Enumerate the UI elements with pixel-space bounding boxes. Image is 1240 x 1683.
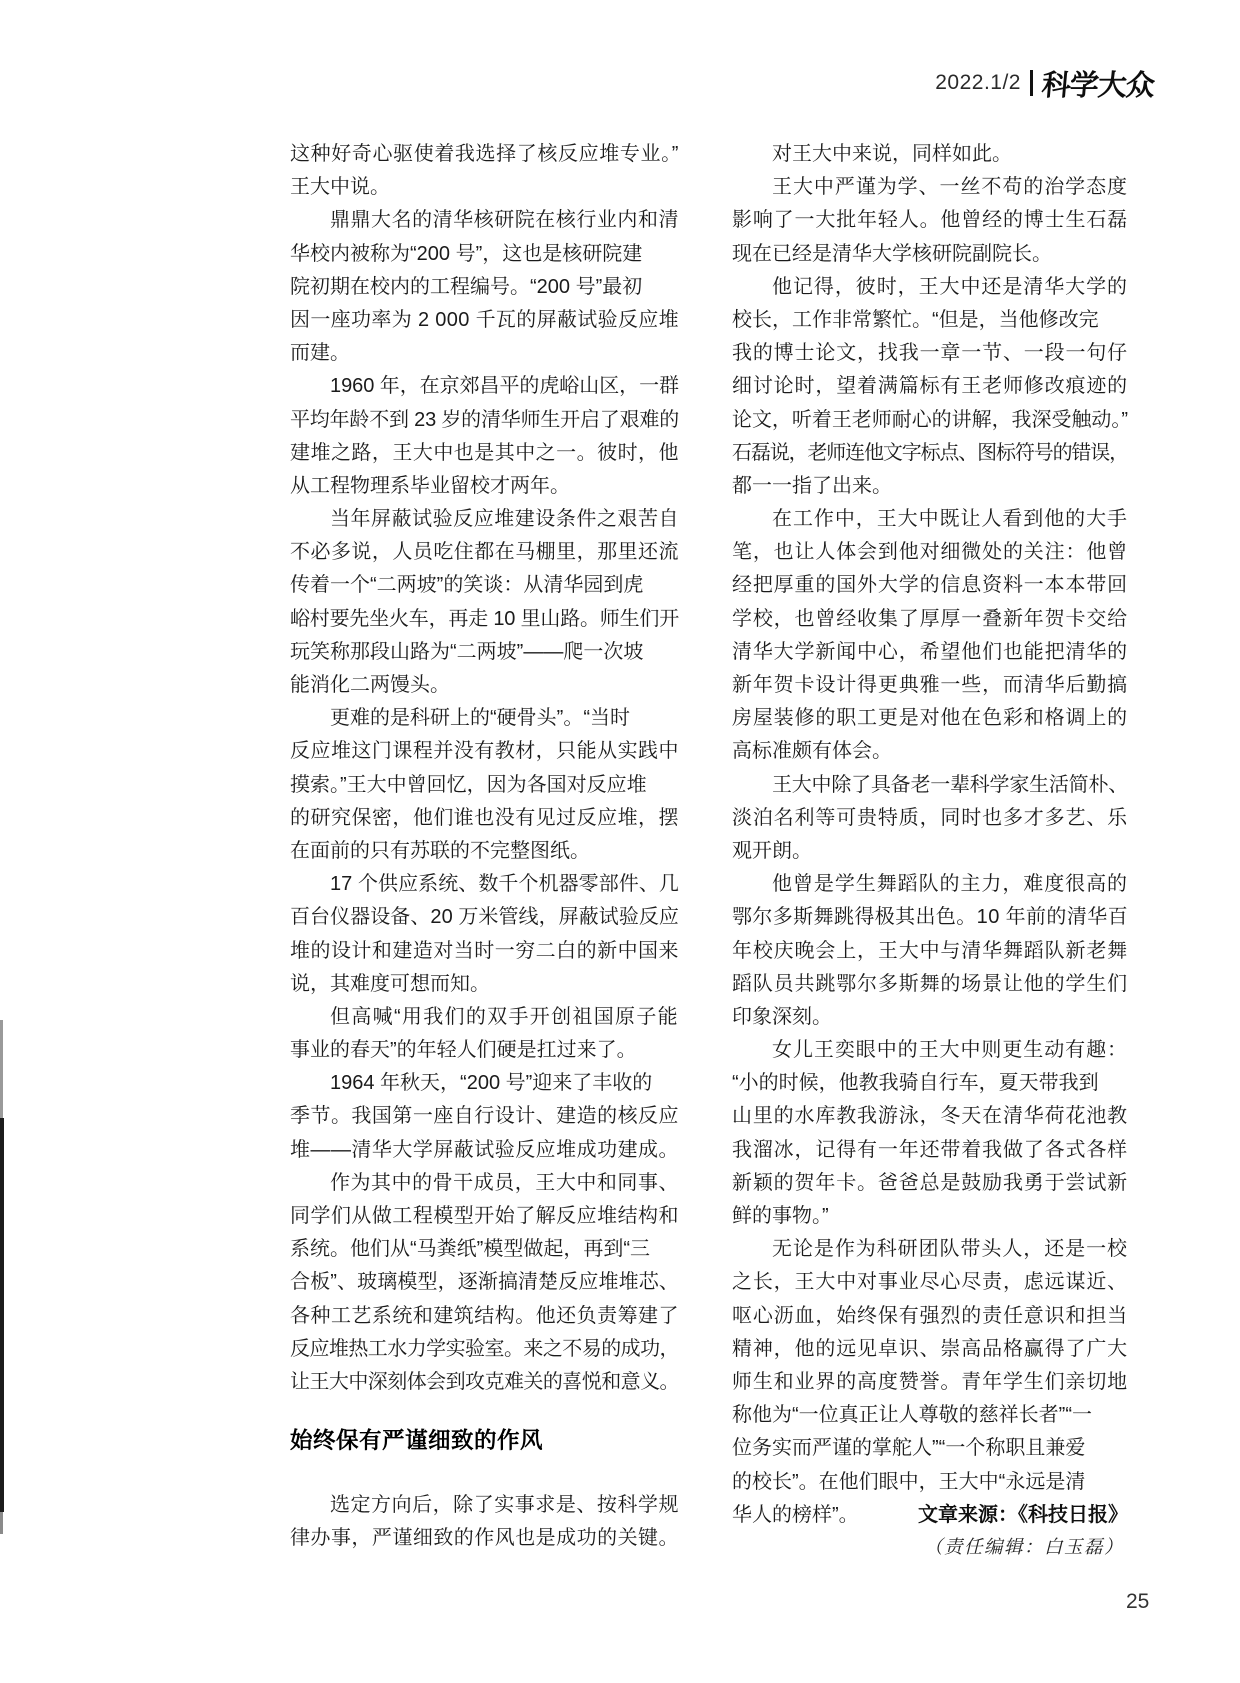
text-line: 房屋装修的职工更是对他在色彩和格调上的 — [732, 702, 1128, 735]
text-run: 玩笑称那段山路为“二两坡”——爬一次坡 — [290, 641, 643, 663]
text-run: 山里的水库教我游泳，冬天在清华荷花池教 — [732, 1105, 1128, 1127]
text-run: 高标准颇有体会。 — [732, 740, 892, 762]
text-line: 呕心沥血，始终保有强烈的责任意识和担当 — [732, 1300, 1128, 1333]
text-run: 王大中严谨为学、一丝不苟的治学态度 — [772, 176, 1128, 198]
text-line: 称他为“一位真正让人尊敬的慈祥长者”“一 — [732, 1399, 1128, 1432]
text-run: 的校长”。在他们眼中，王大中“永远是清 — [732, 1471, 1085, 1493]
text-line: 他曾是学生舞蹈队的主力，难度很高的 — [732, 868, 1128, 901]
text-line: 峪村要先坐火车，再走 10 里山路。师生们开 — [290, 603, 679, 636]
text-run: 经把厚重的国外大学的信息资料一本本带回 — [732, 574, 1128, 596]
text-line: 印象深刻。 — [732, 1001, 1128, 1034]
text-run: 王大中除了具备老一辈科学家生活简朴、 — [772, 774, 1128, 796]
text-run: 鄂尔多斯舞跳得极其出色。10 年前的清华百 — [732, 906, 1128, 928]
text-run: 鲜的事物。” — [732, 1205, 829, 1227]
article-column-left: 这种好奇心驱使着我选择了核反应堆专业。”王大中说。鼎鼎大名的清华核研院在核行业内… — [290, 138, 679, 1556]
text-run: 季节。我国第一座自行设计、建造的核反应 — [290, 1105, 679, 1127]
text-run: 之长，王大中对事业尽心尽责，虑远谋近、 — [732, 1271, 1128, 1293]
text-line: 同学们从做工程模型开始了解反应堆结构和 — [290, 1200, 679, 1233]
text-run: 说，其难度可想而知。 — [290, 973, 490, 995]
text-run: 蹈队员共跳鄂尔多斯舞的场景让他的学生们 — [732, 973, 1128, 995]
text-line: 说，其难度可想而知。 — [290, 968, 679, 1001]
text-run: 这种好奇心驱使着我选择了核反应堆专业。” — [290, 143, 679, 165]
text-line: 让王大中深刻体会到攻克难关的喜悦和意义。 — [290, 1366, 679, 1399]
scan-edge-mark-tail — [0, 1512, 3, 1534]
text-line: 律办事，严谨细致的作风也是成功的关键。 — [290, 1522, 679, 1555]
text-run: 而建。 — [290, 342, 350, 364]
text-line: 笔，也让人体会到他对细微处的关注：他曾 — [732, 536, 1128, 569]
text-run: 我溜冰，记得有一年还带着我做了各式各样 — [732, 1139, 1128, 1161]
text-line: 无论是作为科研团队带头人，还是一校 — [732, 1233, 1128, 1266]
text-line: 淡泊名利等可贵特质，同时也多才多艺、乐 — [732, 802, 1128, 835]
scan-edge-mark-top — [0, 1020, 3, 1120]
text-run: 在面前的只有苏联的不完整图纸。 — [290, 840, 590, 862]
text-line: 堆——清华大学屏蔽试验反应堆成功建成。 — [290, 1134, 679, 1167]
text-line: 年校庆晚会上，王大中与清华舞蹈队新老舞 — [732, 935, 1128, 968]
text-run: 都一一指了出来。 — [732, 475, 892, 497]
text-line: 合板”、玻璃模型，逐渐搞清楚反应堆堆芯、 — [290, 1266, 679, 1299]
text-run: 淡泊名利等可贵特质，同时也多才多艺、乐 — [732, 807, 1128, 829]
text-run: 房屋装修的职工更是对他在色彩和格调上的 — [732, 707, 1128, 729]
text-run: 校长，工作非常繁忙。“但是，当他修改完 — [732, 309, 1099, 331]
text-run: 华校内被称为“200 号”，这也是核研院建 — [290, 243, 642, 265]
text-run: 反应堆热工水力学实验室。来之不易的成功， — [290, 1338, 679, 1360]
text-run: 清华大学新闻中心，希望他们也能把清华的 — [732, 641, 1128, 663]
text-run: 摸索。”王大中曾回忆，因为各国对反应堆 — [290, 774, 647, 796]
text-run: 他记得，彼时，王大中还是清华大学的 — [772, 276, 1128, 298]
text-line: 系统。他们从“马粪纸”模型做起，再到“三 — [290, 1233, 679, 1266]
text-run: 观开朗。 — [732, 840, 812, 862]
text-line: 1964 年秋天，“200 号”迎来了丰收的 — [290, 1067, 679, 1100]
text-line: 反应堆热工水力学实验室。来之不易的成功， — [290, 1333, 679, 1366]
text-run: 平均年龄不到 23 岁的清华师生开启了艰难的 — [290, 409, 679, 431]
issue-date: 2022.1/2 — [935, 71, 1021, 95]
text-line: 能消化二两馒头。 — [290, 669, 679, 702]
text-run: 他曾是学生舞蹈队的主力，难度很高的 — [772, 873, 1128, 895]
text-line: 而建。 — [290, 337, 679, 370]
text-run: 各种工艺系统和建筑结构。他还负责筹建了 — [290, 1305, 679, 1327]
text-run: 我的博士论文，找我一章一节、一段一句仔 — [732, 342, 1128, 364]
page-number: 25 — [1126, 1590, 1149, 1614]
text-run: 峪村要先坐火车，再走 10 里山路。师生们开 — [290, 608, 679, 630]
text-run: 华人的榜样”。 — [732, 1499, 859, 1532]
text-line: 蹈队员共跳鄂尔多斯舞的场景让他的学生们 — [732, 968, 1128, 1001]
text-line: 影响了一大批年轻人。他曾经的博士生石磊 — [732, 204, 1128, 237]
text-run: 细讨论时，望着满篇标有王老师修改痕迹的 — [732, 375, 1128, 397]
magazine-logo: 科学大众 — [1040, 63, 1156, 104]
text-line: 事业的春天”的年轻人们硬是扛过来了。 — [290, 1034, 679, 1067]
text-line: 学校，也曾经收集了厚厚一叠新年贺卡交给 — [732, 603, 1128, 636]
text-line: 平均年龄不到 23 岁的清华师生开启了艰难的 — [290, 404, 679, 437]
text-line: 校长，工作非常繁忙。“但是，当他修改完 — [732, 304, 1128, 337]
text-line: 建堆之路，王大中也是其中之一。彼时，他 — [290, 437, 679, 470]
text-run: 但高喊“用我们的双手开创祖国原子能 — [330, 1006, 679, 1028]
text-run: 选定方向后，除了实事求是、按科学规 — [330, 1494, 679, 1516]
text-run: 王大中说。 — [290, 176, 390, 198]
text-run: 鼎鼎大名的清华核研院在核行业内和清 — [330, 209, 679, 231]
source-credit: 文章来源：《科技日报》 — [918, 1499, 1128, 1532]
text-line: 鄂尔多斯舞跳得极其出色。10 年前的清华百 — [732, 901, 1128, 934]
text-line: 的研究保密，他们谁也没有见过反应堆，摆 — [290, 802, 679, 835]
text-line: 华校内被称为“200 号”，这也是核研院建 — [290, 238, 679, 271]
text-run: （责任编辑：白玉磊） — [924, 1538, 1124, 1558]
text-line: 石磊说，老师连他文字标点、图标符号的错误， — [732, 437, 1128, 470]
text-line: 因一座功率为 2 000 千瓦的屏蔽试验反应堆 — [290, 304, 679, 337]
text-line: 但高喊“用我们的双手开创祖国原子能 — [290, 1001, 679, 1034]
text-run: 院初期在校内的工程编号。“200 号”最初 — [290, 276, 642, 298]
text-line: 论文，听着王老师耐心的讲解，我深受触动。” — [732, 404, 1128, 437]
text-line: 百台仪器设备、20 万米管线，屏蔽试验反应 — [290, 901, 679, 934]
text-line: 对王大中来说，同样如此。 — [732, 138, 1128, 171]
text-run: 印象深刻。 — [732, 1006, 832, 1028]
text-line: 女儿王奕眼中的王大中则更生动有趣： — [732, 1034, 1128, 1067]
text-run: 当年屏蔽试验反应堆建设条件之艰苦自 — [330, 508, 679, 530]
text-line: 我的博士论文，找我一章一节、一段一句仔 — [732, 337, 1128, 370]
text-run: 系统。他们从“马粪纸”模型做起，再到“三 — [290, 1238, 650, 1260]
text-line: 院初期在校内的工程编号。“200 号”最初 — [290, 271, 679, 304]
text-line: 在工作中，王大中既让人看到他的大手 — [732, 503, 1128, 536]
text-line: 现在已经是清华大学核研院副院长。 — [732, 238, 1128, 271]
text-line: 王大中说。 — [290, 171, 679, 204]
text-line: 新颖的贺年卡。爸爸总是鼓励我勇于尝试新 — [732, 1167, 1128, 1200]
text-line: 这种好奇心驱使着我选择了核反应堆专业。” — [290, 138, 679, 171]
text-run: 在工作中，王大中既让人看到他的大手 — [772, 508, 1128, 530]
text-run: 能消化二两馒头。 — [290, 674, 450, 696]
text-line: 山里的水库教我游泳，冬天在清华荷花池教 — [732, 1100, 1128, 1133]
magazine-header: 2022.1/2 科学大众 — [935, 66, 1154, 100]
text-run: 从工程物理系毕业留校才两年。 — [290, 475, 570, 497]
text-line: 传着一个“二两坡”的笑谈：从清华园到虎 — [290, 569, 679, 602]
text-line: 从工程物理系毕业留校才两年。 — [290, 470, 679, 503]
text-run: 新颖的贺年卡。爸爸总是鼓励我勇于尝试新 — [732, 1172, 1128, 1194]
text-line: 堆的设计和建造对当时一穷二白的新中国来 — [290, 935, 679, 968]
text-line: 当年屏蔽试验反应堆建设条件之艰苦自 — [290, 503, 679, 536]
text-line: 鼎鼎大名的清华核研院在核行业内和清 — [290, 204, 679, 237]
text-run: 的研究保密，他们谁也没有见过反应堆，摆 — [290, 807, 679, 829]
text-run: 精神，他的远见卓识、崇高品格赢得了广大 — [732, 1338, 1128, 1360]
text-line: 鲜的事物。” — [732, 1200, 1128, 1233]
text-line: 我溜冰，记得有一年还带着我做了各式各样 — [732, 1134, 1128, 1167]
text-run: 堆——清华大学屏蔽试验反应堆成功建成。 — [290, 1139, 679, 1161]
text-run: 事业的春天”的年轻人们硬是扛过来了。 — [290, 1039, 637, 1061]
scan-edge-mark — [0, 1118, 4, 1512]
text-line: 观开朗。 — [732, 835, 1128, 868]
text-line: 都一一指了出来。 — [732, 470, 1128, 503]
closing-line: 华人的榜样”。文章来源：《科技日报》 — [732, 1499, 1128, 1532]
text-line: 更难的是科研上的“硬骨头”。“当时 — [290, 702, 679, 735]
text-run: 学校，也曾经收集了厚厚一叠新年贺卡交给 — [732, 608, 1128, 630]
text-run: 百台仪器设备、20 万米管线，屏蔽试验反应 — [290, 906, 679, 928]
text-line: 17 个供应系统、数千个机器零部件、几 — [290, 868, 679, 901]
text-run: 1960 年，在京郊昌平的虎峪山区，一群 — [330, 375, 679, 397]
text-line: 玩笑称那段山路为“二两坡”——爬一次坡 — [290, 636, 679, 669]
text-line: 精神，他的远见卓识、崇高品格赢得了广大 — [732, 1333, 1128, 1366]
text-run: 作为其中的骨干成员，王大中和同事、 — [330, 1172, 679, 1194]
text-line: 的校长”。在他们眼中，王大中“永远是清 — [732, 1466, 1128, 1499]
text-run: 女儿王奕眼中的王大中则更生动有趣： — [772, 1039, 1128, 1061]
text-run: 笔，也让人体会到他对细微处的关注：他曾 — [732, 541, 1128, 563]
text-run: 论文，听着王老师耐心的讲解，我深受触动。” — [732, 409, 1128, 431]
article-column-right: 对王大中来说，同样如此。王大中严谨为学、一丝不苟的治学态度影响了一大批年轻人。他… — [732, 138, 1128, 1565]
text-run: 始终保有严谨细致的作风 — [290, 1428, 543, 1453]
text-line: 各种工艺系统和建筑结构。他还负责筹建了 — [290, 1300, 679, 1333]
text-line: 位务实而严谨的掌舵人”“一个称职且兼爱 — [732, 1432, 1128, 1465]
text-line: 反应堆这门课程并没有教材，只能从实践中 — [290, 735, 679, 768]
text-line: 之长，王大中对事业尽心尽责，虑远谋近、 — [732, 1266, 1128, 1299]
text-line: 不必多说，人员吃住都在马棚里，那里还流 — [290, 536, 679, 569]
text-line: 季节。我国第一座自行设计、建造的核反应 — [290, 1100, 679, 1133]
text-run: 律办事，严谨细致的作风也是成功的关键。 — [290, 1527, 679, 1549]
text-run: 师生和业界的高度赞誉。青年学生们亲切地 — [732, 1371, 1128, 1393]
text-run: 建堆之路，王大中也是其中之一。彼时，他 — [290, 442, 679, 464]
editor-credit: （责任编辑：白玉磊） — [732, 1532, 1128, 1565]
text-run: 反应堆这门课程并没有教材，只能从实践中 — [290, 740, 679, 762]
header-separator-bar — [1030, 70, 1033, 96]
text-line: 他记得，彼时，王大中还是清华大学的 — [732, 271, 1128, 304]
text-line: 高标准颇有体会。 — [732, 735, 1128, 768]
text-run: 称他为“一位真正让人尊敬的慈祥长者”“一 — [732, 1404, 1092, 1426]
text-run: 现在已经是清华大学核研院副院长。 — [732, 243, 1052, 265]
text-run: 传着一个“二两坡”的笑谈：从清华园到虎 — [290, 574, 643, 596]
text-run: 更难的是科研上的“硬骨头”。“当时 — [330, 707, 630, 729]
text-line: 细讨论时，望着满篇标有王老师修改痕迹的 — [732, 370, 1128, 403]
text-line: 新年贺卡设计得更典雅一些，而清华后勤搞 — [732, 669, 1128, 702]
text-run: 1964 年秋天，“200 号”迎来了丰收的 — [330, 1072, 652, 1094]
text-run: 影响了一大批年轻人。他曾经的博士生石磊 — [732, 209, 1128, 231]
text-run: “小的时候，他教我骑自行车，夏天带我到 — [732, 1072, 1099, 1094]
text-run: 新年贺卡设计得更典雅一些，而清华后勤搞 — [732, 674, 1128, 696]
text-line: “小的时候，他教我骑自行车，夏天带我到 — [732, 1067, 1128, 1100]
text-run: 石磊说，老师连他文字标点、图标符号的错误， — [732, 442, 1128, 464]
text-line: 1960 年，在京郊昌平的虎峪山区，一群 — [290, 370, 679, 403]
text-run: 无论是作为科研团队带头人，还是一校 — [772, 1238, 1128, 1260]
text-run: 位务实而严谨的掌舵人”“一个称职且兼爱 — [732, 1437, 1085, 1459]
section-heading: 始终保有严谨细致的作风 — [290, 1423, 679, 1459]
text-line: 在面前的只有苏联的不完整图纸。 — [290, 835, 679, 868]
text-run: 同学们从做工程模型开始了解反应堆结构和 — [290, 1205, 679, 1227]
text-run: 17 个供应系统、数千个机器零部件、几 — [330, 873, 679, 895]
text-run: 合板”、玻璃模型，逐渐搞清楚反应堆堆芯、 — [290, 1271, 679, 1293]
text-run: 呕心沥血，始终保有强烈的责任意识和担当 — [732, 1305, 1128, 1327]
text-run: 对王大中来说，同样如此。 — [772, 143, 1012, 165]
text-run: 让王大中深刻体会到攻克难关的喜悦和意义。 — [290, 1371, 679, 1393]
text-line: 清华大学新闻中心，希望他们也能把清华的 — [732, 636, 1128, 669]
text-line: 师生和业界的高度赞誉。青年学生们亲切地 — [732, 1366, 1128, 1399]
text-line: 选定方向后，除了实事求是、按科学规 — [290, 1489, 679, 1522]
text-line: 王大中严谨为学、一丝不苟的治学态度 — [732, 171, 1128, 204]
text-line: 经把厚重的国外大学的信息资料一本本带回 — [732, 569, 1128, 602]
text-run: 因一座功率为 2 000 千瓦的屏蔽试验反应堆 — [290, 309, 679, 331]
text-run: 不必多说，人员吃住都在马棚里，那里还流 — [290, 541, 679, 563]
text-line: 摸索。”王大中曾回忆，因为各国对反应堆 — [290, 769, 679, 802]
text-run: 堆的设计和建造对当时一穷二白的新中国来 — [290, 940, 679, 962]
text-line: 王大中除了具备老一辈科学家生活简朴、 — [732, 769, 1128, 802]
text-run: 年校庆晚会上，王大中与清华舞蹈队新老舞 — [732, 940, 1128, 962]
text-line: 作为其中的骨干成员，王大中和同事、 — [290, 1167, 679, 1200]
